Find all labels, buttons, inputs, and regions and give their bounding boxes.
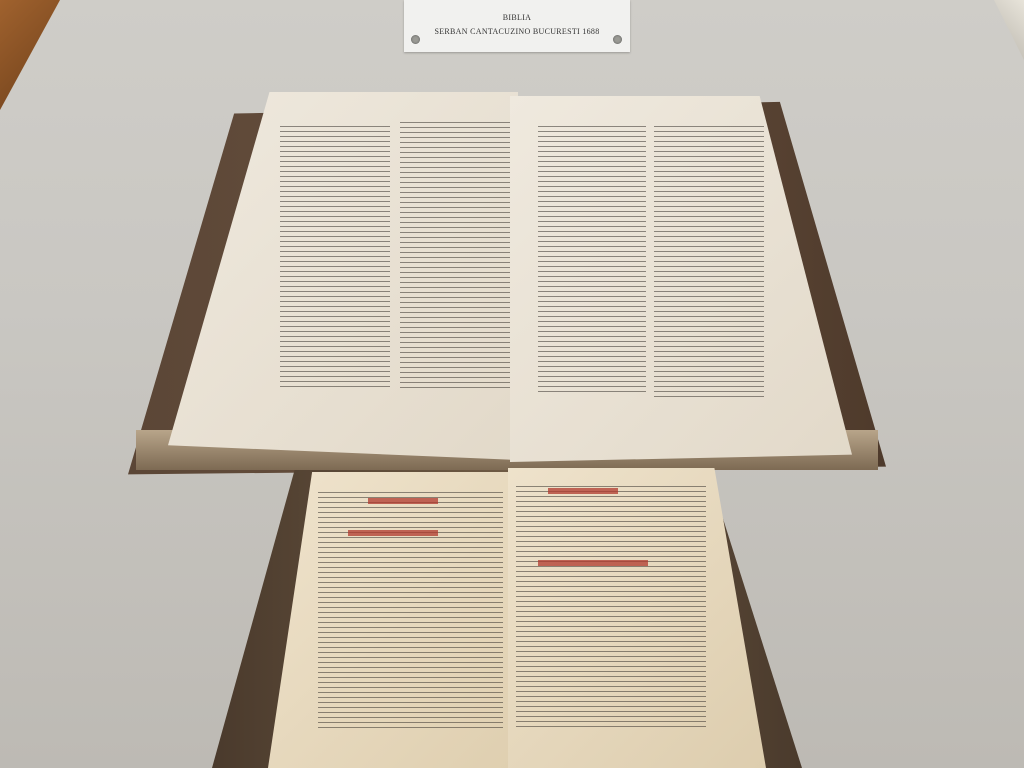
pin-icon [411, 35, 420, 44]
label-subtitle: SERBAN CANTACUZINO BUCURESTI 1688 [404, 27, 630, 36]
large-book-left-page [168, 92, 518, 460]
label-title: BIBLIA [404, 13, 630, 22]
large-book-right-page [510, 96, 852, 462]
display-case-frame-right [994, 0, 1024, 60]
pin-icon [613, 35, 622, 44]
display-case-frame-left [0, 0, 60, 110]
exhibit-label: BIBLIA SERBAN CANTACUZINO BUCURESTI 1688 [404, 0, 630, 52]
small-book-right-page [508, 468, 766, 768]
